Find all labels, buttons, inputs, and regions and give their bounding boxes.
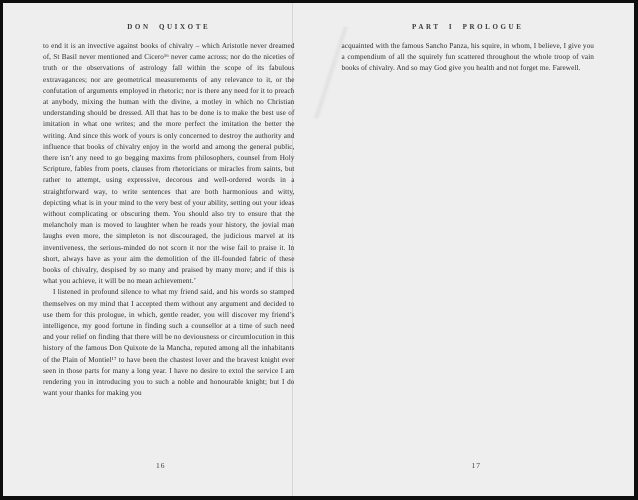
right-paragraph-1: acquainted with the famous Sancho Panza,… [342, 41, 595, 75]
left-page-text: to end it is an invective against books … [43, 41, 295, 400]
right-page: PART I PROLOGUE acquainted with the famo… [319, 3, 635, 496]
right-running-head: PART I PROLOGUE [342, 23, 595, 31]
left-page-number: 16 [3, 461, 319, 470]
left-running-head: DON QUIXOTE [43, 23, 295, 31]
left-page: DON QUIXOTE to end it is an invective ag… [3, 3, 319, 496]
left-paragraph-2: I listened in profound silence to what m… [43, 287, 295, 399]
left-paragraph-1: to end it is an invective against books … [43, 41, 295, 287]
right-page-number: 17 [319, 461, 635, 470]
right-page-text: acquainted with the famous Sancho Panza,… [342, 41, 595, 75]
book-scan: DON QUIXOTE to end it is an invective ag… [0, 0, 638, 500]
page-gutter [292, 3, 293, 496]
book-spread: DON QUIXOTE to end it is an invective ag… [3, 3, 634, 496]
